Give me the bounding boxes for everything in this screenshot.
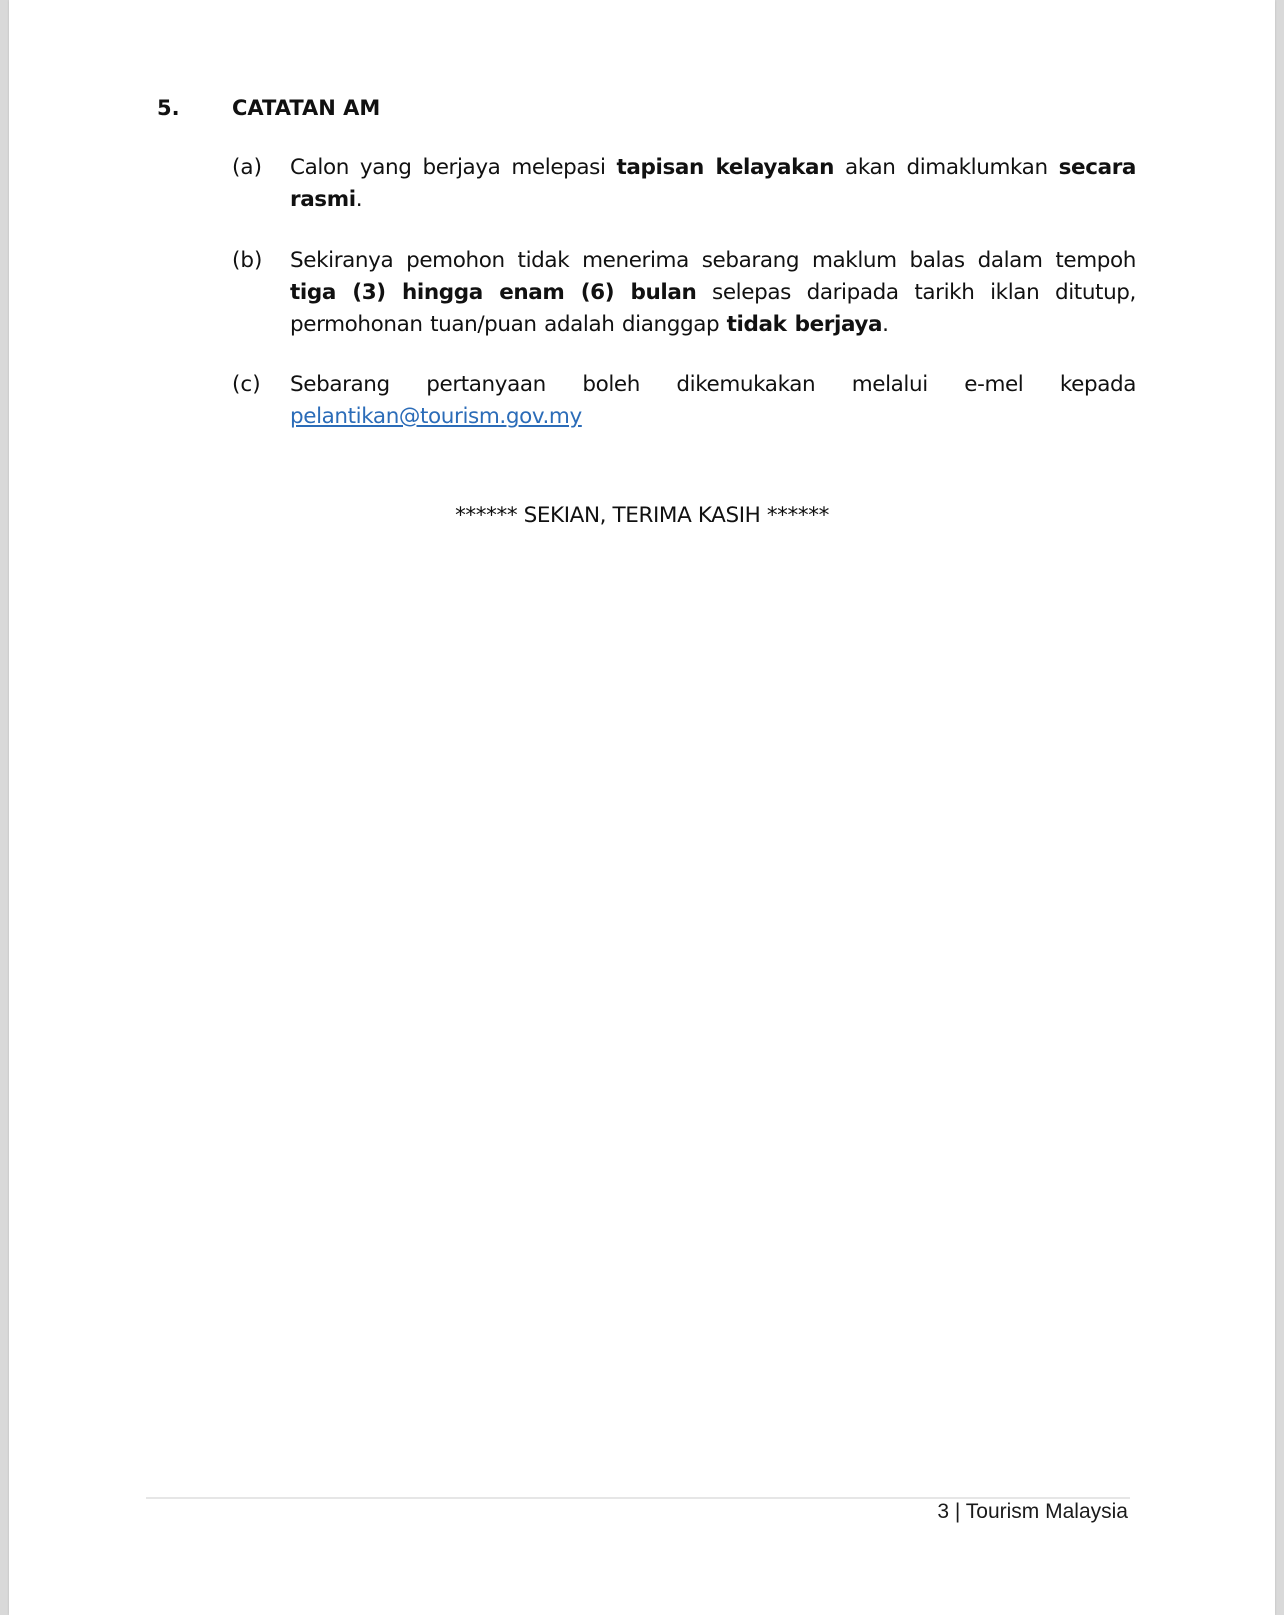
note-item-b: (b) Sekiranya pemohon tidak menerima seb… xyxy=(232,245,1136,341)
closing-remark: ****** SEKIAN, TERIMA KASIH ****** xyxy=(0,503,1284,528)
document-page: 5. CATATAN AM (a) Calon yang berjaya mel… xyxy=(9,0,1275,1615)
email-link[interactable]: pelantikan@tourism.gov.my xyxy=(290,404,582,429)
note-item-c: (c) Sebarang pertanyaan boleh dikemukaka… xyxy=(232,369,1136,433)
item-text: Calon yang berjaya melepasi tapisan kela… xyxy=(290,152,1136,216)
emphasis-text: tapisan kelayakan xyxy=(617,155,835,180)
section-number: 5. xyxy=(157,96,180,120)
item-label: (b) xyxy=(232,245,262,277)
body-text: akan dimaklumkan xyxy=(834,155,1059,180)
page-footer: 3 | Tourism Malaysia xyxy=(937,1500,1128,1524)
footer-divider xyxy=(146,1497,1130,1499)
body-text: . xyxy=(882,312,888,337)
item-label: (c) xyxy=(232,369,261,401)
body-text: . xyxy=(356,187,362,212)
item-text: Sekiranya pemohon tidak menerima sebaran… xyxy=(290,245,1136,341)
body-text: Sekiranya pemohon tidak menerima sebaran… xyxy=(290,248,1136,273)
emphasis-text: tiga (3) hingga enam (6) bulan xyxy=(290,280,696,305)
section-title: CATATAN AM xyxy=(232,96,380,120)
body-text: Calon yang berjaya melepasi xyxy=(290,155,617,180)
emphasis-text: tidak berjaya xyxy=(727,312,882,337)
item-label: (a) xyxy=(232,152,262,184)
email-line: pelantikan@tourism.gov.my xyxy=(290,401,1136,433)
item-text: Sebarang pertanyaan boleh dikemukakan me… xyxy=(290,369,1136,401)
note-item-a: (a) Calon yang berjaya melepasi tapisan … xyxy=(232,152,1136,216)
